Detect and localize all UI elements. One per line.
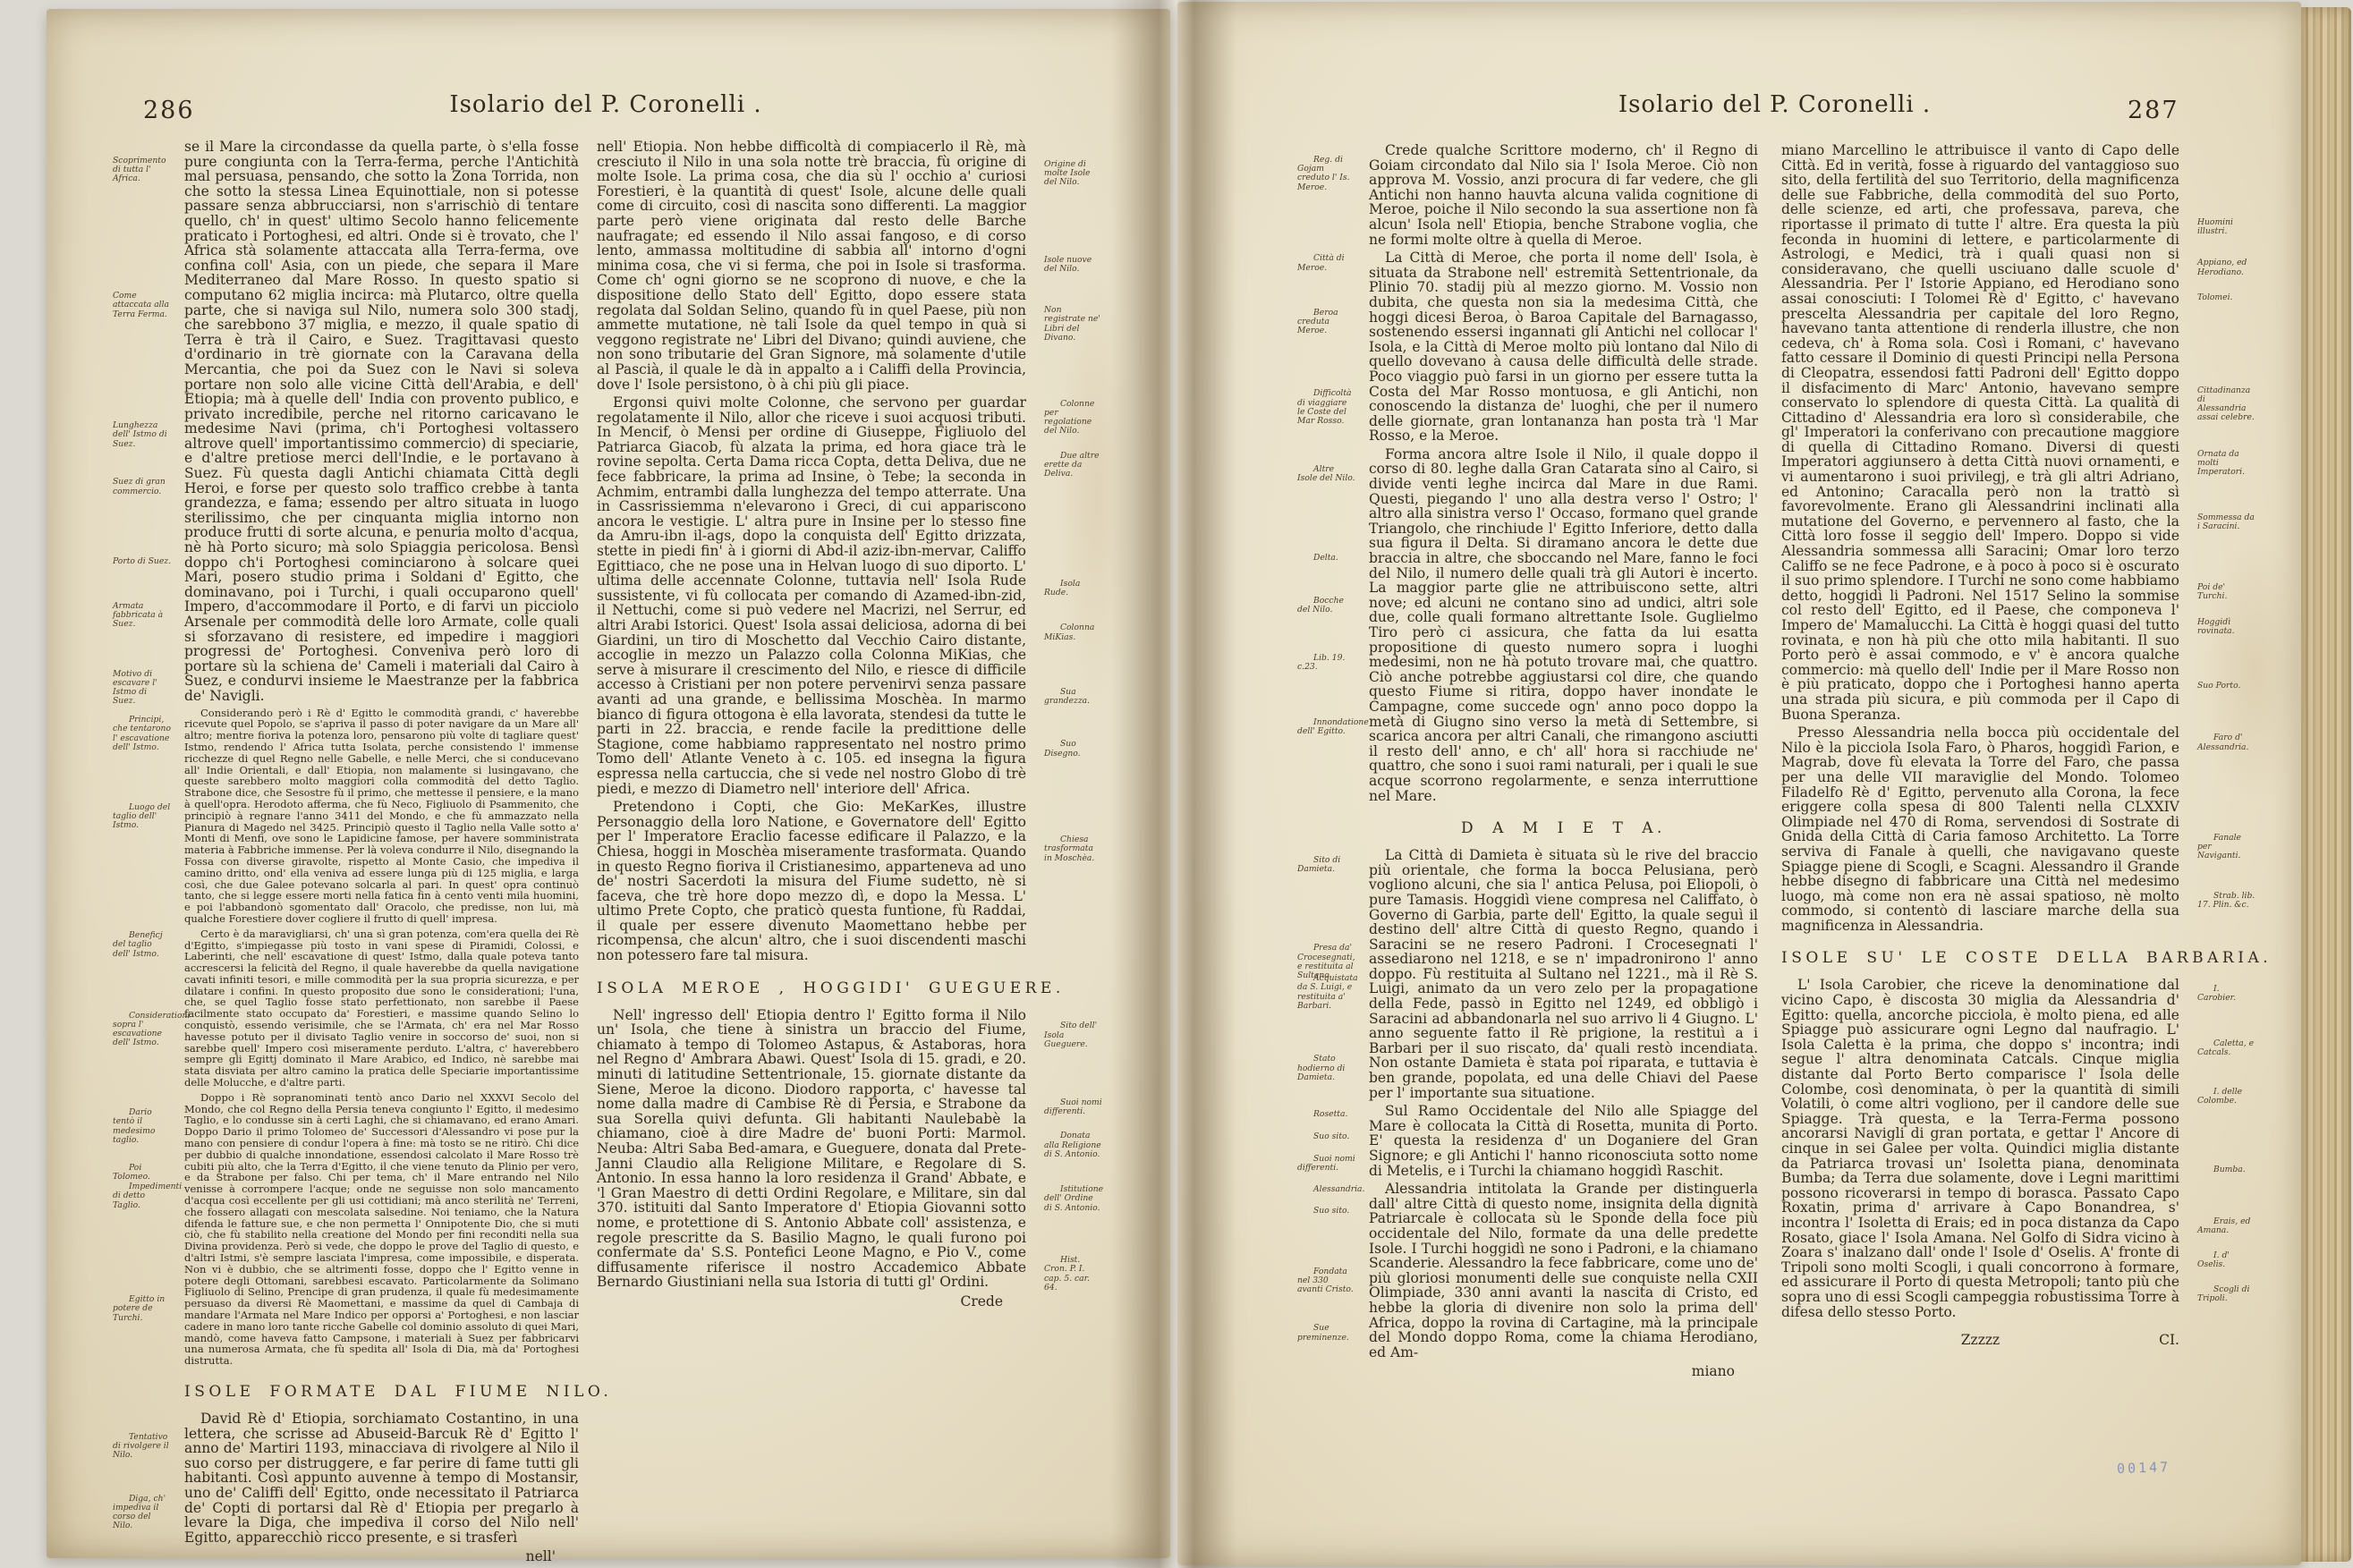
margin-note: Come attaccata alla Terra Ferma. (113, 292, 172, 319)
margin-note: Appiano, ed Herodiano. (2197, 259, 2256, 276)
section-heading: D A M I E T A. (1369, 819, 1758, 837)
margin-note: Bocche del Nilo. (1297, 597, 1356, 614)
margin-note: Diga, ch' impediva il corso del Nilo. (113, 1495, 172, 1531)
margin-note: Erais, ed Amana. (2197, 1217, 2256, 1235)
margin-note: Hist. Cron. P. I. cap. 5. car. 64. (1044, 1256, 1103, 1293)
margin-note: Considerationi sopra l' escavatione dell… (113, 1012, 172, 1048)
body-paragraph: David Rè d' Etiopia, sorchiamato Costant… (184, 1411, 579, 1545)
body-paragraph: nell' Etiopia. Non hebbe difficoltà di c… (597, 140, 1026, 392)
margin-note: Altre Isole del Nilo. (1297, 465, 1356, 483)
margin-note: Acquistata da S. Luigi, e restituita a' … (1297, 974, 1356, 1011)
gathering-signature: Zzzzz (1961, 1332, 2000, 1348)
margin-note: Sommessa da i Saracini. (2197, 513, 2256, 531)
margin-note: Origine di molte Isole del Nilo. (1044, 160, 1103, 188)
catchword: Crede (597, 1293, 1026, 1309)
margin-note: Alessandria. (1297, 1185, 1356, 1194)
margin-note: Lib. 19. c.23. (1297, 654, 1356, 672)
margin-note: Difficoltà di viaggiare le Coste del Mar… (1297, 389, 1356, 426)
paper-stain (1056, 268, 1136, 716)
margin-note: Impedimenti di detto Taglio. (113, 1182, 172, 1210)
body-paragraph: Crede qualche Scrittore moderno, ch' il … (1369, 143, 1758, 247)
margin-note: I. d' Oselis. (2197, 1251, 2256, 1269)
right-page-column-2: miano Marcellino le attribuisce il vanto… (1781, 143, 2179, 1348)
margin-note: Suoi nomi differenti. (1044, 1098, 1103, 1116)
margin-note: Armata fabbricata à Suez. (113, 602, 172, 630)
page-left: 286 Isolario del P. Coronelli . se il Ma… (47, 9, 1170, 1558)
body-paragraph: La Città di Meroe, che porta il nome del… (1369, 250, 1758, 444)
catchword: miano (1369, 1363, 1758, 1379)
margin-note: Città di Meroe. (1297, 254, 1356, 272)
margin-note: Beroa creduta Meroe. (1297, 309, 1356, 336)
margin-note: Donata alla Religione di S. Antonio. (1044, 1132, 1103, 1159)
margin-note: Suo sito. (1297, 1132, 1356, 1141)
body-paragraph: L' Isola Carobier, che riceve la denomin… (1781, 978, 2179, 1319)
margin-note: Huomini illustri. (2197, 218, 2256, 236)
margin-note: Scogli di Tripoli. (2197, 1285, 2256, 1303)
running-title-right: Isolario del P. Coronelli . (1365, 91, 2184, 118)
left-page-column-1: se il Mare la circondasse da quella part… (184, 140, 579, 1564)
margin-note: Dario tentò il medesimo taglio. (113, 1108, 172, 1145)
margin-note: I. delle Colombe. (2197, 1088, 2256, 1106)
margin-note: Bumba. (2197, 1165, 2256, 1174)
margin-note: Istitutione dell' Ordine di S. Antonio. (1044, 1185, 1103, 1213)
margin-note: Lunghezza dell' Istmo di Suez. (113, 421, 172, 449)
margin-note: Egitto in potere de Turchi. (113, 1295, 172, 1323)
margin-note: Sito di Damieta. (1297, 856, 1356, 874)
margin-note: Suo Disegno. (1044, 740, 1103, 758)
running-title-left: Isolario del P. Coronelli . (181, 91, 1031, 118)
page-stack-edges (2301, 7, 2351, 1562)
margin-note: Porto di Suez. (113, 557, 172, 566)
margin-note: I. Carobier. (2197, 985, 2256, 1003)
margin-note: Cittadinanza di Alessandria assai celebr… (2197, 386, 2256, 423)
body-paragraph: se il Mare la circondasse da quella part… (184, 140, 579, 704)
book-scan: 286 Isolario del P. Coronelli . se il Ma… (0, 0, 2353, 1568)
catchword: nell' (184, 1548, 579, 1564)
margin-note: Poi Tolomeo. (113, 1164, 172, 1182)
body-paragraph: Presso Alessandria nella bocca più occid… (1781, 725, 2179, 933)
section-heading: ISOLE FORMATE DAL FIUME NILO. (184, 1383, 579, 1401)
margin-note: Chiesa trasformata in Moschèa. (1044, 835, 1103, 863)
body-paragraph: Sul Ramo Occidentale del Nilo alle Spiag… (1369, 1104, 1758, 1178)
margin-note: Delta. (1297, 554, 1356, 563)
margin-note: Ornata da molti Imperatori. (2197, 450, 2256, 478)
margin-note: Suez di gran commercio. (113, 478, 172, 496)
margin-note: Sito dell' Isola Gueguere. (1044, 1021, 1103, 1049)
margin-note: Suoi nomi differenti. (1297, 1155, 1356, 1173)
margin-note: Stato hodierno di Damieta. (1297, 1055, 1356, 1082)
body-paragraph: miano Marcellino le attribuisce il vanto… (1781, 143, 2179, 722)
margin-note: Rosetta. (1297, 1110, 1356, 1119)
catchword: CI. (2159, 1332, 2179, 1348)
margin-note: Strab. lib. 17. Plin. &c. (2197, 892, 2256, 910)
section-heading: ISOLA MEROE , HOGGIDI' GUEGUERE. (597, 979, 1026, 997)
margin-note: Suo sito. (1297, 1207, 1356, 1216)
margin-note: Scoprimento di tutta l' Africa. (113, 157, 172, 184)
page-right: Isolario del P. Coronelli . 287 Crede qu… (1177, 2, 2301, 1565)
body-paragraph: Pretendono i Copti, che Gio: MeKarKes, i… (597, 800, 1026, 963)
margin-note: Fanale per Naviganti. (2197, 834, 2256, 861)
inventory-stamp: 00147 (2117, 1459, 2171, 1477)
margin-note: Principi, che tentarono l' escavatione d… (113, 716, 172, 752)
margin-note: Motivo di escavare l' Istmo di Suez. (113, 670, 172, 707)
margin-note: Fondata nel 330 avanti Cristo. (1297, 1267, 1356, 1295)
body-paragraph: Alessandria intitolata la Grande per dis… (1369, 1182, 1758, 1360)
signature-row: ZzzzzCI. (1781, 1332, 2179, 1348)
body-paragraph: La Città di Damieta è situata sù le rive… (1369, 848, 1758, 1100)
body-paragraph: Nell' ingresso dell' Etiopia dentro l' E… (597, 1008, 1026, 1290)
left-page-column-2: nell' Etiopia. Non hebbe difficoltà di c… (597, 140, 1026, 1309)
body-paragraph: Certo è da maravigliarsi, ch' una sì gra… (184, 928, 579, 1089)
margin-note: Sue preminenze. (1297, 1324, 1356, 1342)
body-paragraph: Forma ancora altre Isole il Nilo, il qua… (1369, 447, 1758, 803)
margin-note: Innondatione dell' Egitto. (1297, 718, 1356, 736)
body-paragraph: Ergonsi quivi molte Colonne, che servono… (597, 395, 1026, 796)
section-heading: ISOLE SU' LE COSTE DELLA BARBARIA. (1781, 949, 2179, 967)
margin-note: Beneficj del taglio dell' Istmo. (113, 931, 172, 959)
margin-note: Tentativo di rivolgere il Nilo. (113, 1433, 172, 1461)
margin-note: Caletta, e Catcals. (2197, 1039, 2256, 1057)
body-paragraph: Doppo i Rè sopranominati tentò anco Dari… (184, 1092, 579, 1367)
margin-note: Tolomei. (2197, 293, 2256, 302)
paper-stain (2201, 537, 2308, 805)
margin-note: Luogo del taglio dell' Istmo. (113, 803, 172, 831)
body-paragraph: Considerando però i Rè d' Egitto le comm… (184, 708, 579, 925)
margin-note: Reg. di Gojam creduto l' Is. Meroe. (1297, 156, 1356, 192)
page-number-right: 287 (2128, 97, 2179, 124)
right-page-column-1: Crede qualche Scrittore moderno, ch' il … (1369, 143, 1758, 1379)
